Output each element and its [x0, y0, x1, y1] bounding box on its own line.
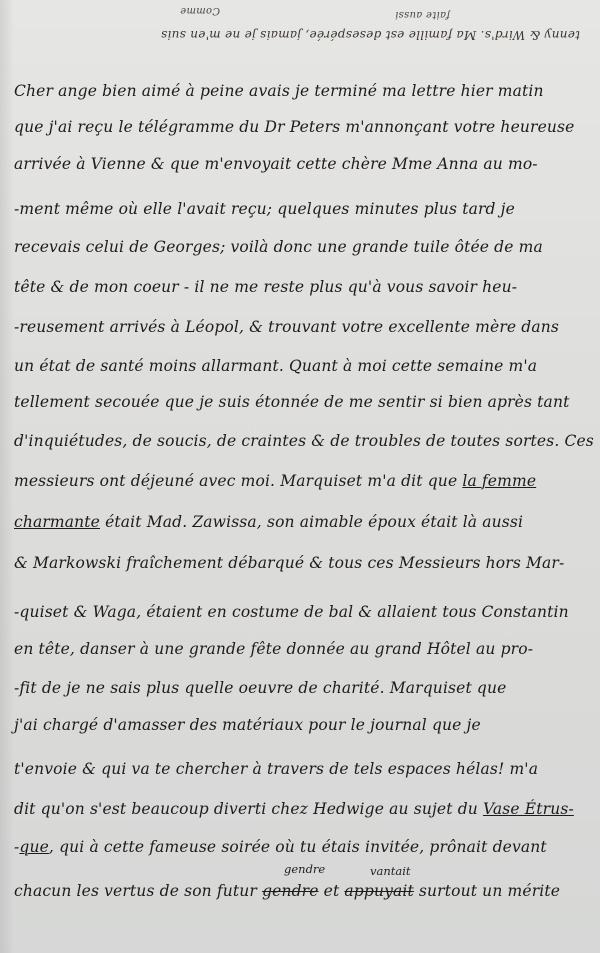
struck-text: appuyait — [344, 882, 413, 900]
letter-line: -que, qui à cette fameuse soirée où tu é… — [14, 838, 600, 856]
letter-line: -ment même où elle l'avait reçu; quelque… — [14, 200, 600, 218]
letter-line: dit qu'on s'est beaucoup diverti chez He… — [14, 800, 600, 818]
line-text: , qui à cette fameuse soirée où tu étais… — [49, 838, 547, 856]
letter-line: tête & de mon coeur - il ne me reste plu… — [14, 278, 600, 296]
underlined-text: la femme — [462, 472, 536, 490]
line-text: messieurs ont déjeuné avec moi. Marquise… — [14, 472, 462, 490]
letter-line: chacun les vertus de son futur gendre et… — [14, 882, 600, 900]
insertion-vantait: vantait — [370, 864, 411, 878]
underlined-text: Vase Étrus- — [483, 800, 574, 818]
struck-text: gendre — [262, 882, 318, 900]
letter-line: arrivée à Vienne & que m'envoyait cette … — [14, 155, 600, 173]
line-text: chacun les vertus de son futur — [14, 882, 262, 900]
letter-page: tenny & Wird's. Ma famille est desespéré… — [0, 0, 600, 953]
letter-line: t'envoie & qui va te chercher à travers … — [14, 760, 600, 778]
inverted-header-small-1: faite aussi — [395, 9, 450, 20]
letter-line: charmante était Mad. Zawissa, son aimabl… — [14, 513, 600, 531]
line-text: était Mad. Zawissa, son aimable époux ét… — [100, 513, 523, 531]
inverted-header-note: tenny & Wird's. Ma famille est desespéré… — [20, 2, 580, 42]
letter-line: recevais celui de Georges; voilà donc un… — [14, 238, 600, 256]
underlined-text: charmante — [14, 513, 100, 531]
line-text: dit qu'on s'est beaucoup diverti chez He… — [14, 800, 483, 818]
letter-line: -reusement arrivés à Léopol, & trouvant … — [14, 318, 600, 336]
underlined-text: que — [19, 838, 49, 856]
letter-line: que j'ai reçu le télégramme du Dr Peters… — [14, 118, 600, 136]
insertion-gendre: gendre — [284, 862, 325, 876]
inverted-header-main: tenny & Wird's. Ma famille est desespéré… — [161, 28, 580, 42]
inverted-header-small-2: Comme — [180, 5, 220, 16]
letter-line: Cher ange bien aimé à peine avais je ter… — [14, 82, 600, 100]
letter-line: un état de santé moins allarmant. Quant … — [14, 357, 600, 375]
letter-line: -fit de je ne sais plus quelle oeuvre de… — [14, 679, 600, 697]
letter-line: messieurs ont déjeuné avec moi. Marquise… — [14, 472, 600, 490]
letter-line: j'ai chargé d'amasser des matériaux pour… — [14, 716, 600, 734]
letter-line: tellement secouée que je suis étonnée de… — [14, 393, 600, 411]
line-text: surtout un mérite — [414, 882, 560, 900]
line-text: et — [319, 882, 345, 900]
letter-line: -quiset & Waga, étaient en costume de ba… — [14, 603, 600, 621]
letter-line: d'inquiétudes, de soucis, de craintes & … — [14, 432, 600, 450]
letter-line: & Markowski fraîchement débarqué & tous … — [14, 554, 600, 572]
letter-line: en tête, danser à une grande fête donnée… — [14, 640, 600, 658]
